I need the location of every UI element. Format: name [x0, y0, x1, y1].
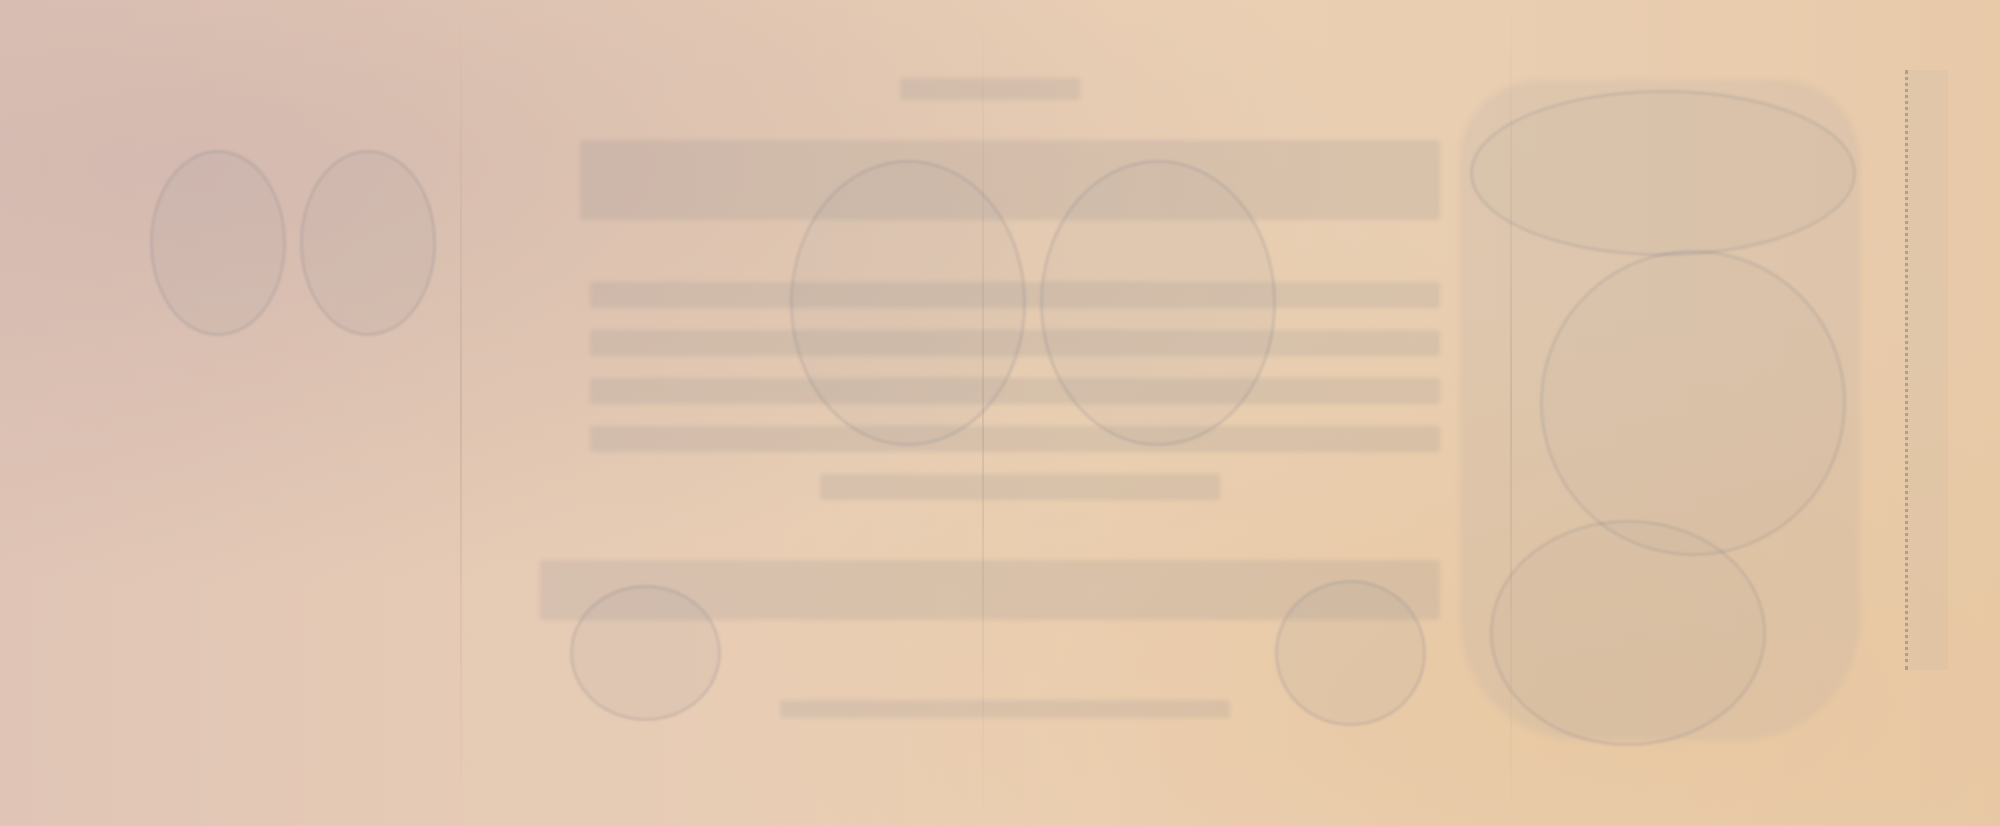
show-through-text-line — [590, 378, 1440, 404]
numeral-ornament-bottom — [1490, 520, 1766, 746]
show-through-headline — [580, 140, 1440, 220]
seal-right — [1275, 580, 1426, 726]
show-through-text-line — [820, 474, 1220, 500]
show-through-numeral-center-a — [790, 160, 1026, 446]
show-through-signatures — [780, 700, 1230, 718]
seal-left — [570, 585, 721, 721]
show-through-numeral-left-a — [150, 150, 286, 336]
show-through-text-line — [590, 426, 1440, 452]
show-through-small-heading — [900, 78, 1080, 100]
numeral-ornament-middle — [1540, 250, 1846, 556]
numeral-ornament-top — [1470, 90, 1856, 256]
show-through-numeral-left-b — [300, 150, 436, 336]
banknote-paper — [0, 0, 2000, 826]
fold-line-left — [460, 0, 462, 826]
right-border-strip — [1905, 70, 1948, 670]
show-through-numeral-center-b — [1040, 160, 1276, 446]
